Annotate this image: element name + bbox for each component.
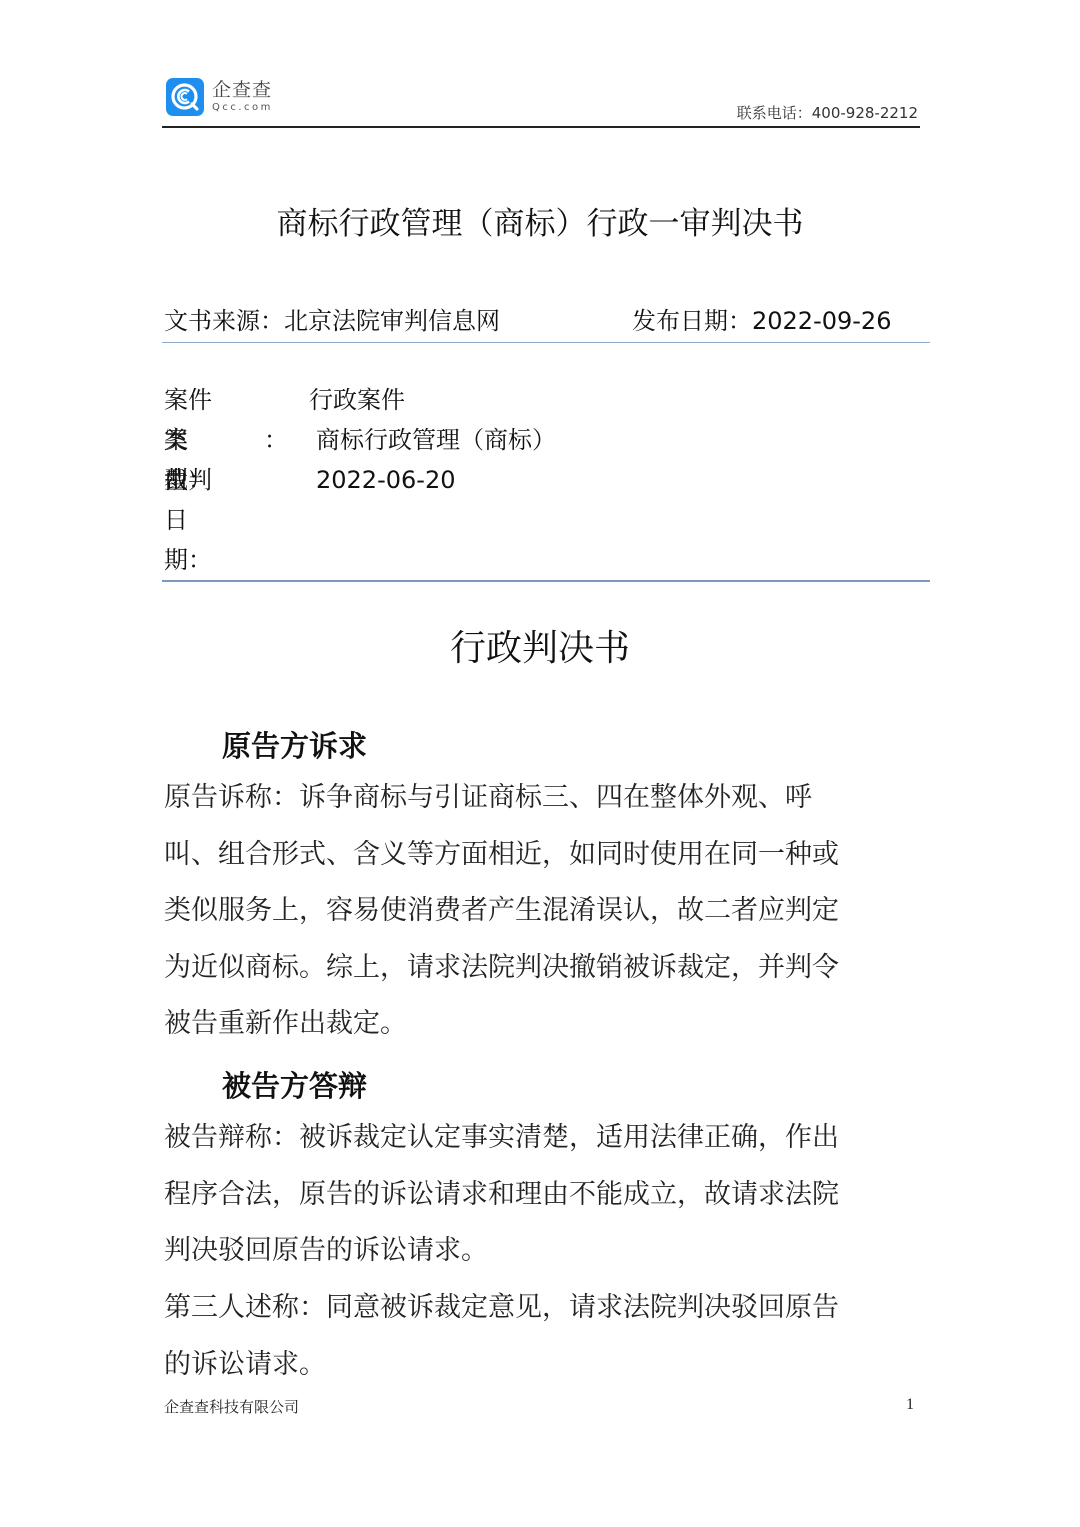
defendant-response-heading: 被告方答辩 <box>222 1064 367 1105</box>
plaintiff-claims-paragraph: 原告诉称：诉争商标与引证商标三、四在整体外观、呼 叫、组合形式、含义等方面相近，… <box>164 770 894 1053</box>
qcc-logo-icon <box>166 78 204 116</box>
document-source: 文书来源：北京法院审判信息网 <box>164 301 500 336</box>
judgment-date-label: 裁判日期： <box>164 460 212 580</box>
paragraph-line: 程序合法，原告的诉讼请求和理由不能成立，故请求法院 <box>164 1167 894 1224</box>
publish-date: 发布日期：2022-09-26 <box>632 301 891 336</box>
plaintiff-claims-heading: 原告方诉求 <box>222 724 367 765</box>
paragraph-line: 被告重新作出裁定。 <box>164 996 894 1053</box>
hotline-text: 联系电话：400-928-2212 <box>737 102 918 123</box>
judgment-date-value: 2022-06-20 <box>316 460 455 500</box>
qcc-logo: 企查查 Qcc.com <box>166 78 273 116</box>
meta-divider <box>162 342 930 343</box>
logo-name-cn: 企查查 <box>212 81 273 100</box>
paragraph-line: 的诉讼请求。 <box>164 1337 894 1394</box>
case-type-value: 行政案件 <box>309 380 405 420</box>
document-title: 商标行政管理（商标）行政一审判决书 <box>0 198 1080 243</box>
case-cause-value: 商标行政管理（商标） <box>316 420 556 460</box>
paragraph-line: 判决驳回原告的诉讼请求。 <box>164 1223 894 1280</box>
third-party-statement-paragraph: 第三人述称：同意被诉裁定意见，请求法院判决驳回原告 的诉讼请求。 <box>164 1280 894 1393</box>
page-number: 1 <box>906 1396 914 1414</box>
judgment-title: 行政判决书 <box>0 620 1080 671</box>
paragraph-line: 为近似商标。综上，请求法院判决撤销被诉裁定，并判令 <box>164 940 894 997</box>
paragraph-line: 被告辩称：被诉裁定认定事实清楚，适用法律正确，作出 <box>164 1110 894 1167</box>
paragraph-line: 类似服务上，容易使消费者产生混淆误认，故二者应判定 <box>164 883 894 940</box>
header-divider <box>162 126 920 128</box>
paragraph-line: 第三人述称：同意被诉裁定意见，请求法院判决驳回原告 <box>164 1280 894 1337</box>
section-divider <box>162 580 930 582</box>
footer-company: 企查查科技有限公司 <box>164 1396 299 1417</box>
paragraph-line: 原告诉称：诉争商标与引证商标三、四在整体外观、呼 <box>164 770 894 827</box>
page-header: 企查查 Qcc.com 联系电话：400-928-2212 <box>162 78 920 128</box>
logo-name-en: Qcc.com <box>212 103 273 113</box>
paragraph-line: 叫、组合形式、含义等方面相近，如同时使用在同一种或 <box>164 827 894 884</box>
defendant-response-paragraph: 被告辩称：被诉裁定认定事实清楚，适用法律正确，作出 程序合法，原告的诉讼请求和理… <box>164 1110 894 1280</box>
case-cause-colon: ： <box>264 420 288 460</box>
